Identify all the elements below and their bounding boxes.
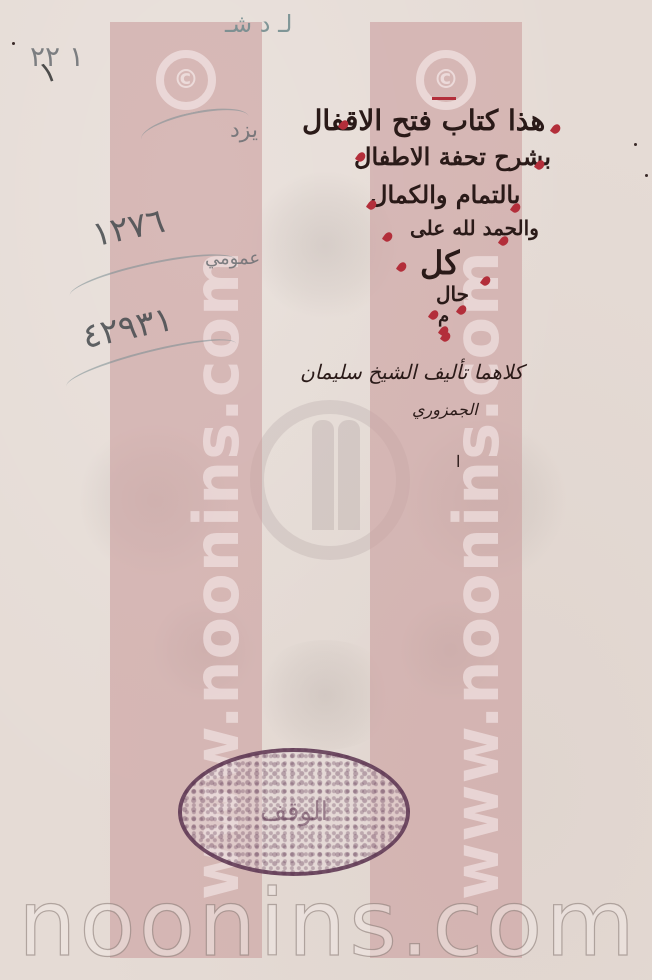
manuscript-page: © www.noonins.com © www.noonins.com ١ ٢٢… xyxy=(0,0,652,980)
colophon-line-4: والحمد لله على xyxy=(410,216,539,240)
ink-speck xyxy=(634,143,637,146)
copyright-icon: © xyxy=(416,50,476,110)
author-note-line-2: الجمزوري xyxy=(412,400,478,419)
watermark-footer-url: noonins.com xyxy=(18,878,638,970)
margin-note-top-right: لـ د شـ xyxy=(225,10,292,38)
author-note-line-1: كلاهما تأليف الشيخ سليمان xyxy=(300,360,523,384)
minaret-icon xyxy=(338,420,360,530)
colophon-line-1: هذا كتاب فتح الاقفال xyxy=(302,104,545,137)
colophon-line-5: كل xyxy=(420,244,459,282)
colophon-line-2: بشرح تحفة الاطفال xyxy=(354,142,551,171)
watermark-vertical-url: www.noonins.com xyxy=(446,250,508,900)
colophon-line-6: حال xyxy=(436,282,469,306)
rubric-mark xyxy=(550,123,562,136)
copyright-icon: © xyxy=(156,50,216,110)
ink-speck xyxy=(12,42,15,45)
minaret-icon xyxy=(312,420,334,530)
small-mark: ا xyxy=(456,452,460,471)
rubric-overline xyxy=(432,97,456,100)
ink-speck xyxy=(645,174,648,177)
colophon-line-7: م xyxy=(438,306,449,327)
colophon-line-3: بالتمام والكمال xyxy=(370,180,520,209)
seal-text: الوقف xyxy=(260,797,328,827)
ownership-seal: الوقف xyxy=(178,748,410,876)
